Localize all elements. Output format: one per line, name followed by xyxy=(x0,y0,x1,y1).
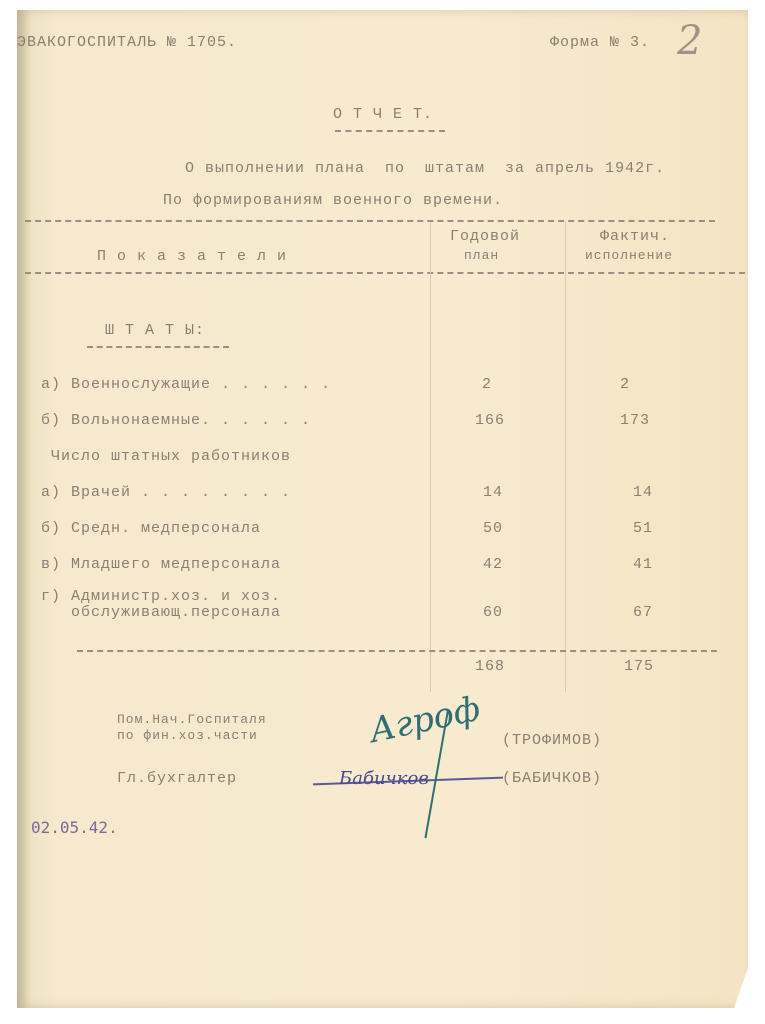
table-header-border xyxy=(25,272,745,274)
table-top-border xyxy=(25,220,715,222)
signatory-name-1: (ТРОФИМОВ) xyxy=(502,732,602,749)
report-subtitle: О выполнении плана по штатам за апрель 1… xyxy=(185,160,665,177)
signature-1: Агроф xyxy=(366,689,484,751)
row-doctors-label: а) Врачей . . . . . . . . xyxy=(41,484,291,501)
title-underline xyxy=(335,130,445,132)
row-doctors-plan: 14 xyxy=(483,484,503,501)
signatory-role-1: Пом.Нач.Госпиталя xyxy=(117,712,267,727)
row-civilian-actual: 173 xyxy=(620,412,650,429)
header-annual-plan: Годовой xyxy=(450,228,520,245)
row-civilian-label: б) Вольнонаемные. . . . . . xyxy=(41,412,311,429)
row-doctors-actual: 14 xyxy=(633,484,653,501)
section-title-staff: Ш Т А Т Ы: xyxy=(105,322,205,339)
report-subtitle-2: По формированиям военного времени. xyxy=(163,192,503,209)
row-mid-medical-plan: 50 xyxy=(483,520,503,537)
header-indicators: П о к а з а т е л и xyxy=(97,248,287,265)
row-mid-medical-actual: 51 xyxy=(633,520,653,537)
row-junior-medical-label: в) Младшего медперсонала xyxy=(41,556,281,573)
column-divider-1 xyxy=(430,222,431,692)
row-admin-actual: 67 xyxy=(633,604,653,621)
handwritten-page-number: 2 xyxy=(677,18,702,64)
header-actual-2: исполнение xyxy=(585,248,673,263)
signatory-role-2: Гл.бухгалтер xyxy=(117,770,237,787)
header-annual-plan-2: план xyxy=(464,248,499,263)
row-admin-label-2: обслуживающ.персонала xyxy=(41,604,281,621)
column-divider-2 xyxy=(565,222,566,692)
row-junior-medical-plan: 42 xyxy=(483,556,503,573)
row-junior-medical-actual: 41 xyxy=(633,556,653,573)
totals-border xyxy=(77,650,717,652)
row-admin-label: г) Администр.хоз. и хоз. xyxy=(41,588,281,605)
row-military-label: а) Военнослужащие . . . . . . xyxy=(41,376,331,393)
section-underline xyxy=(87,346,229,348)
row-mid-medical-label: б) Средн. медперсонала xyxy=(41,520,261,537)
subsection-title: Число штатных работников xyxy=(51,448,291,465)
total-actual: 175 xyxy=(624,658,654,675)
row-military-actual: 2 xyxy=(620,376,630,393)
signatory-role-1-2: по фин.хоз.части xyxy=(117,728,258,743)
signatory-name-2: (БАБИЧКОВ) xyxy=(502,770,602,787)
row-admin-plan: 60 xyxy=(483,604,503,621)
institution-header: ЭВАКОГОСПИТАЛЬ № 1705. xyxy=(17,34,237,51)
form-number: Форма № 3. xyxy=(550,34,650,51)
row-civilian-plan: 166 xyxy=(475,412,505,429)
date-stamp: 02.05.42. xyxy=(31,818,118,837)
row-military-plan: 2 xyxy=(482,376,492,393)
page-corner xyxy=(734,968,748,1008)
report-title: О Т Ч Е Т. xyxy=(333,106,433,123)
signature-2: Бабичков xyxy=(339,768,429,789)
header-actual: Фактич. xyxy=(600,228,670,245)
total-plan: 168 xyxy=(475,658,505,675)
document-page: ЭВАКОГОСПИТАЛЬ № 1705. Форма № 3. 2 О Т … xyxy=(17,10,748,1008)
